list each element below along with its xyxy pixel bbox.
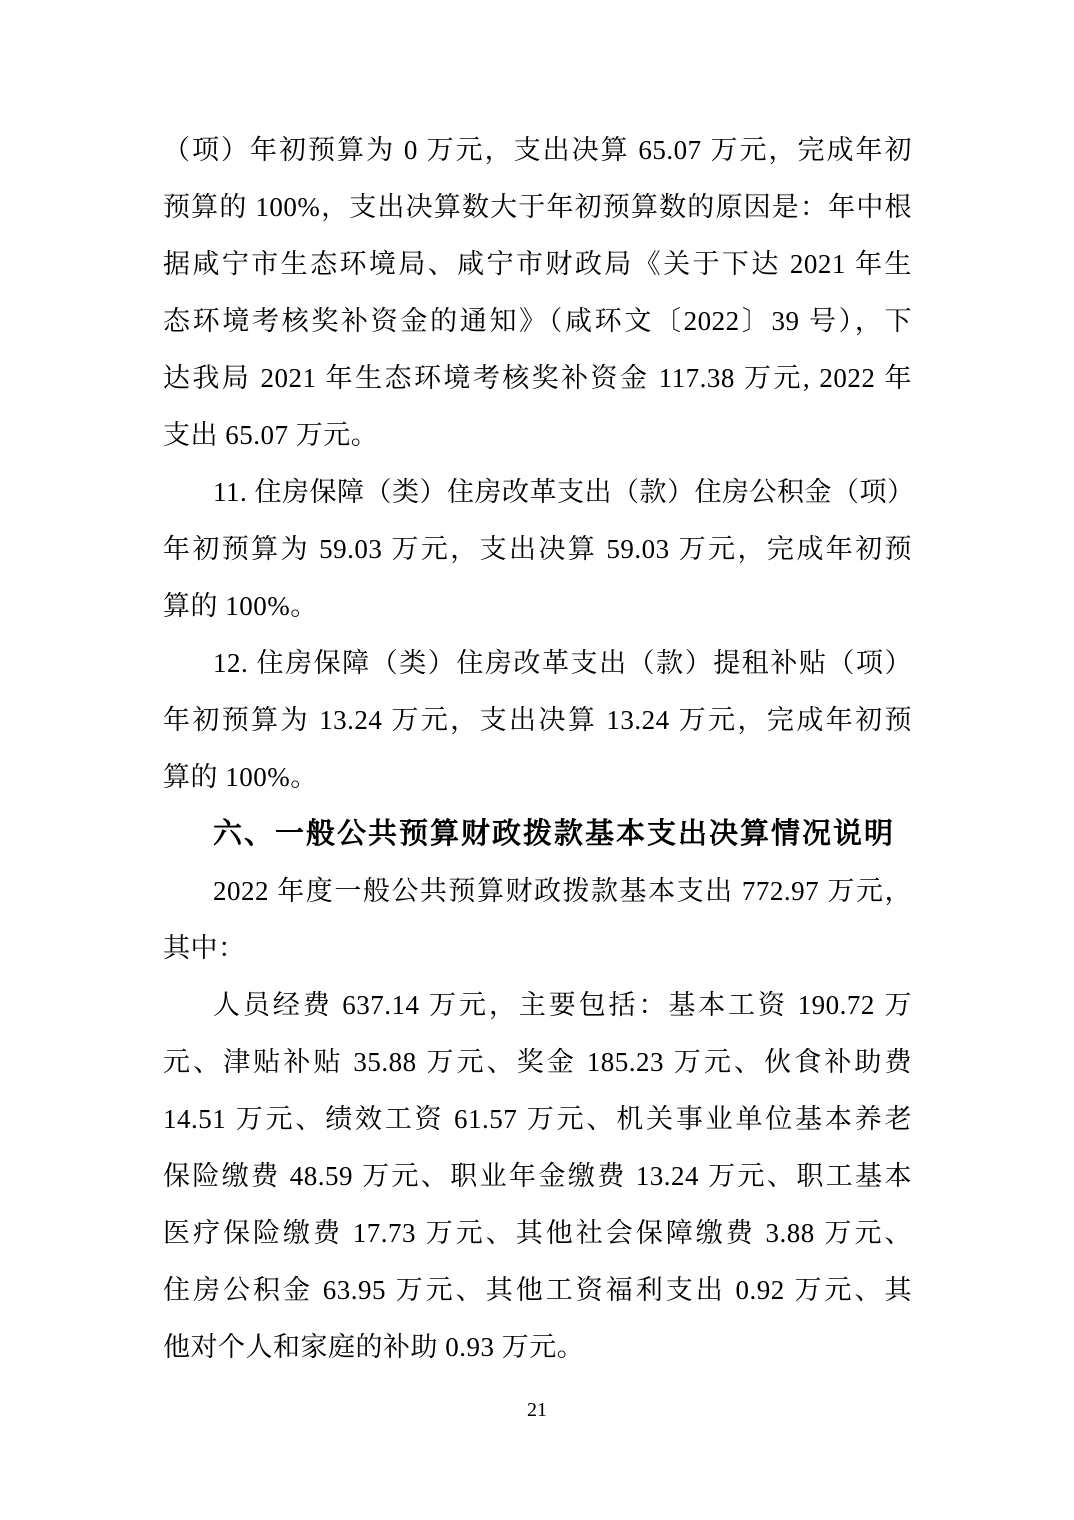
text-line: 据咸宁市生态环境局、咸宁市财政局《关于下达 2021 年生	[163, 236, 912, 293]
text-line: 预算的 100%，支出决算数大于年初预算数的原因是：年中根	[163, 179, 912, 236]
text-line: 支出 65.07 万元。	[163, 407, 912, 464]
document-page: （项）年初预算为 0 万元，支出决算 65.07 万元，完成年初 预算的 100…	[0, 0, 1074, 1520]
text-line: 12. 住房保障（类）住房改革支出（款）提租补贴（项）	[163, 635, 912, 692]
text-line: 保险缴费 48.59 万元、职业年金缴费 13.24 万元、职工基本	[163, 1148, 912, 1205]
paragraph-item-11-housing-fund: 11. 住房保障（类）住房改革支出（款）住房公积金（项） 年初预算为 59.03…	[163, 464, 912, 635]
paragraph-item-12-rent-subsidy: 12. 住房保障（类）住房改革支出（款）提租补贴（项） 年初预算为 13.24 …	[163, 635, 912, 806]
section-heading: 六、一般公共预算财政拨款基本支出决算情况说明	[163, 806, 912, 863]
paragraph-personnel-funds-breakdown: 人员经费 637.14 万元，主要包括：基本工资 190.72 万 元、津贴补贴…	[163, 977, 912, 1376]
text-line: 医疗保险缴费 17.73 万元、其他社会保障缴费 3.88 万元、	[163, 1205, 912, 1262]
text-line: 年初预算为 59.03 万元，支出决算 59.03 万元，完成年初预	[163, 521, 912, 578]
text-line: 算的 100%。	[163, 578, 912, 635]
text-line: （项）年初预算为 0 万元，支出决算 65.07 万元，完成年初	[163, 122, 912, 179]
paragraph-basic-expenditure-total: 2022 年度一般公共预算财政拨款基本支出 772.97 万元， 其中：	[163, 863, 912, 977]
text-line: 达我局 2021 年生态环境考核奖补资金 117.38 万元, 2022 年	[163, 350, 912, 407]
text-line: 2022 年度一般公共预算财政拨款基本支出 772.97 万元，	[163, 863, 912, 920]
text-line: 11. 住房保障（类）住房改革支出（款）住房公积金（项）	[163, 464, 912, 521]
text-line: 14.51 万元、绩效工资 61.57 万元、机关事业单位基本养老	[163, 1091, 912, 1148]
text-line: 元、津贴补贴 35.88 万元、奖金 185.23 万元、伙食补助费	[163, 1034, 912, 1091]
text-line: 算的 100%。	[163, 749, 912, 806]
text-line: 住房公积金 63.95 万元、其他工资福利支出 0.92 万元、其	[163, 1262, 912, 1319]
text-line: 态环境考核奖补资金的通知》（咸环文〔2022〕39 号），下	[163, 293, 912, 350]
text-line: 年初预算为 13.24 万元，支出决算 13.24 万元，完成年初预	[163, 692, 912, 749]
section-heading-basic-expenditure: 六、一般公共预算财政拨款基本支出决算情况说明	[163, 806, 912, 863]
text-line: 人员经费 637.14 万元，主要包括：基本工资 190.72 万	[163, 977, 912, 1034]
paragraph-project-expenditure-explanation: （项）年初预算为 0 万元，支出决算 65.07 万元，完成年初 预算的 100…	[163, 122, 912, 464]
page-number: 21	[0, 1396, 1074, 1424]
text-line: 他对个人和家庭的补助 0.93 万元。	[163, 1319, 912, 1376]
text-line: 其中：	[163, 920, 912, 977]
document-body: （项）年初预算为 0 万元，支出决算 65.07 万元，完成年初 预算的 100…	[163, 122, 912, 1376]
